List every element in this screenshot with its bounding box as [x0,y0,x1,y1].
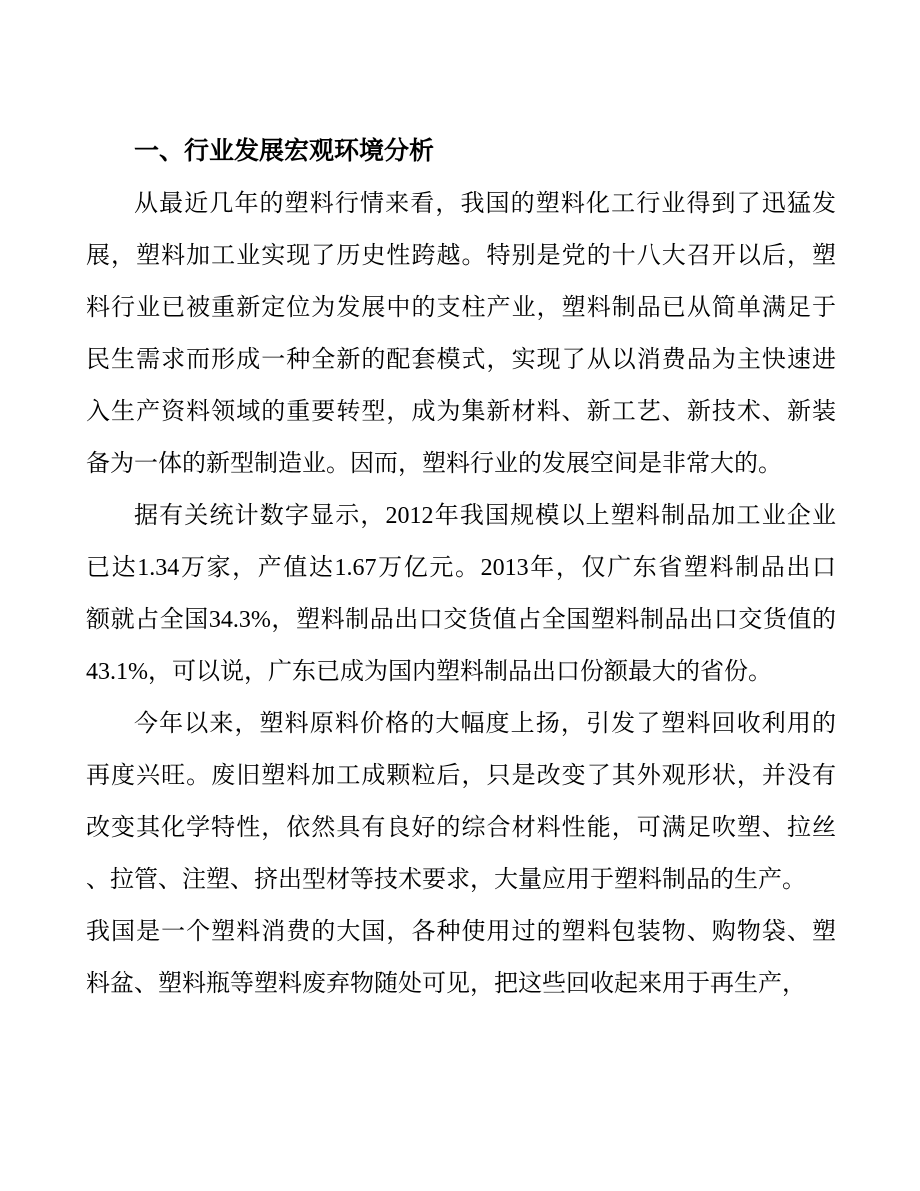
paragraph-line: 料盆、塑料瓶等塑料废弃物随处可见，把这些回收起来用于再生产， [86,958,836,1010]
paragraph-line: 料行业已被重新定位为发展中的支柱产业，塑料制品已从简单满足于 [86,282,836,334]
paragraph-line: 从最近几年的塑料行情来看，我国的塑料化工行业得到了迅猛发 [86,178,836,230]
paragraph-line: 入生产资料领域的重要转型，成为集新材料、新工艺、新技术、新装 [86,386,836,438]
paragraph-line: 再度兴旺。废旧塑料加工成颗粒后，只是改变了其外观形状，并没有 [86,750,836,802]
paragraph-line: 我国是一个塑料消费的大国，各种使用过的塑料包装物、购物袋、塑 [86,906,836,958]
paragraph-line: 43.1%，可以说，广东已成为国内塑料制品出口份额最大的省份。 [86,646,836,698]
paragraph: 据有关统计数字显示，2012年我国规模以上塑料制品加工业企业已达1.34万家，产… [86,490,920,698]
section-heading: 一、行业发展宏观环境分析 [86,126,836,178]
paragraph: 从最近几年的塑料行情来看，我国的塑料化工行业得到了迅猛发展，塑料加工业实现了历史… [86,178,920,490]
paragraph-line: 展，塑料加工业实现了历史性跨越。特别是党的十八大召开以后，塑 [86,230,836,282]
document-page: 一、行业发展宏观环境分析 从最近几年的塑料行情来看，我国的塑料化工行业得到了迅猛… [0,0,920,1191]
paragraph-line: 今年以来，塑料原料价格的大幅度上扬，引发了塑料回收利用的 [86,698,836,750]
paragraph-line: 改变其化学特性，依然具有良好的综合材料性能，可满足吹塑、拉丝 [86,802,836,854]
paragraph-line: 已达1.34万家，产值达1.67万亿元。2013年，仅广东省塑料制品出口 [86,542,836,594]
paragraph-line: 额就占全国34.3%，塑料制品出口交货值占全国塑料制品出口交货值的 [86,594,836,646]
paragraph-line: 据有关统计数字显示，2012年我国规模以上塑料制品加工业企业 [86,490,836,542]
paragraph: 今年以来，塑料原料价格的大幅度上扬，引发了塑料回收利用的再度兴旺。废旧塑料加工成… [86,698,920,1010]
document-body: 从最近几年的塑料行情来看，我国的塑料化工行业得到了迅猛发展，塑料加工业实现了历史… [86,178,920,1010]
paragraph-line: 民生需求而形成一种全新的配套模式，实现了从以消费品为主快速进 [86,334,836,386]
paragraph-line: 备为一体的新型制造业。因而，塑料行业的发展空间是非常大的。 [86,438,836,490]
paragraph-line: 、拉管、注塑、挤出型材等技术要求，大量应用于塑料制品的生产。 [86,854,836,906]
